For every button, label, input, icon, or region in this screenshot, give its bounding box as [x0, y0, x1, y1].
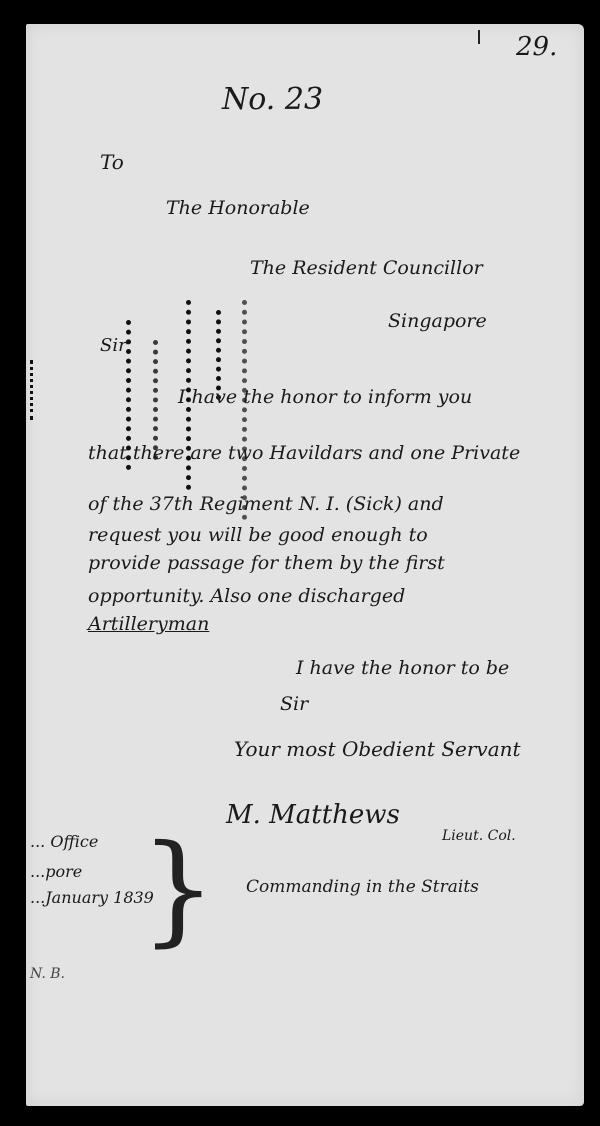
footnote-marker: N. B. [30, 966, 65, 982]
address-line-2: The Resident Councillor [250, 257, 483, 279]
place-date-line: ... Office [30, 832, 98, 851]
closing-line: I have the honor to be [296, 657, 509, 679]
document-number: No. 23 [222, 82, 323, 117]
place-date-line: ...pore [30, 862, 82, 881]
page-number: 29. [516, 32, 557, 62]
address-line-1: The Honorable [166, 197, 310, 219]
body-line: I have the honor to inform you [178, 386, 472, 408]
salutation: Sir [100, 335, 127, 356]
bleed-through-ink [242, 300, 252, 520]
addressee-prefix: To [100, 150, 124, 174]
brace-mark: } [140, 820, 216, 959]
closing-line: Your most Obedient Servant [234, 737, 521, 761]
place-date-line: ...January 1839 [30, 888, 154, 907]
body-line: request you will be good enough to [88, 524, 428, 546]
body-line: opportunity. Also one discharged [88, 585, 405, 607]
body-line: provide passage for them by the first [88, 552, 445, 574]
body-line: Artilleryman [88, 613, 209, 635]
ink-mark [478, 30, 480, 44]
closing-line: Sir [280, 693, 308, 715]
signature: M. Matthews [226, 800, 400, 830]
bleed-through-ink [30, 360, 38, 420]
body-line: that there are two Havildars and one Pri… [88, 442, 520, 464]
signatory-rank: Lieut. Col. [442, 828, 516, 844]
address-line-3: Singapore [388, 310, 487, 332]
signatory-command: Commanding in the Straits [246, 877, 479, 897]
body-line: of the 37th Regiment N. I. (Sick) and [88, 493, 444, 515]
